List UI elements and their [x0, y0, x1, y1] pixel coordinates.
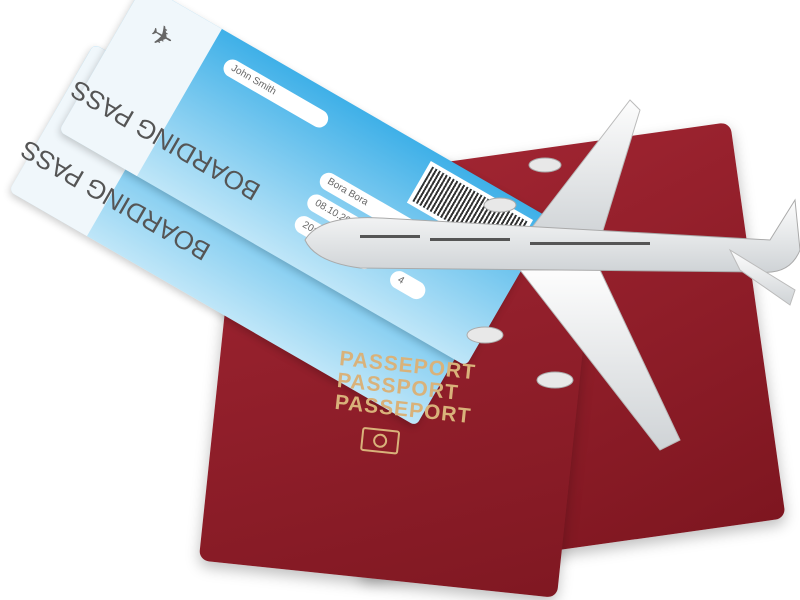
photo-scene: ✈ BOARDING PASS Emma Smith ✈ BOARDING PA… [0, 0, 800, 600]
model-airplane [300, 90, 800, 460]
